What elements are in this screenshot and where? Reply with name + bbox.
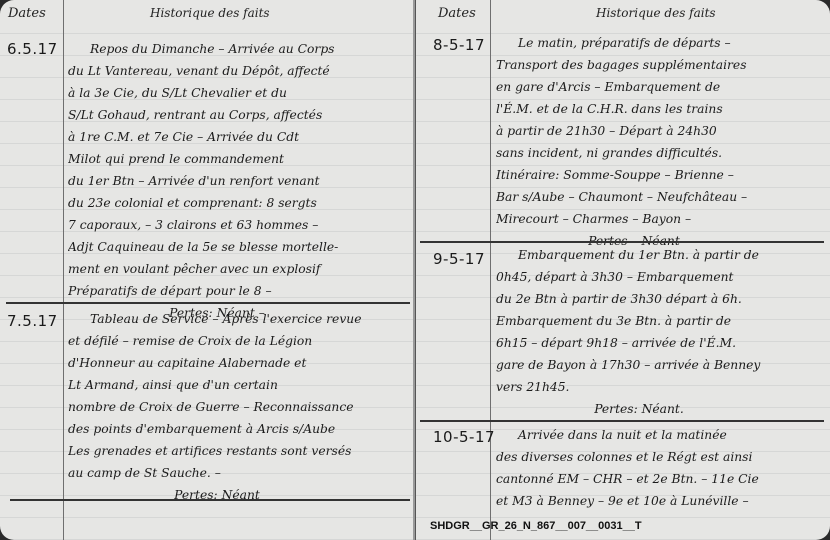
right-page: Dates Historique des faits 8-5-17 Le mat…	[416, 0, 830, 540]
entry-line: Bar s/Aube – Chaumont – Neufchâteau –	[496, 186, 822, 208]
entry-text: Tableau de Service – Après l'exercice re…	[68, 308, 406, 506]
entry-signature: Pertes: Néant	[68, 484, 406, 506]
history-header: Historique des faits	[596, 6, 716, 20]
dates-header: Dates	[8, 6, 46, 21]
entry-line: 0h45, départ à 3h30 – Embarquement	[496, 266, 822, 288]
archive-reference: SHDGR__GR_26_N_867__007__0031__T	[430, 520, 642, 532]
entry-text: Repos du Dimanche – Arrivée au Corpsdu L…	[68, 38, 406, 324]
entry-line: gare de Bayon à 17h30 – arrivée à Benney	[496, 354, 822, 376]
entry-line: Les grenades et artifices restants sont …	[68, 440, 406, 462]
entry-line: du 1er Btn – Arrivée d'un renfort venant	[68, 170, 406, 192]
entry-line: et M3 à Benney – 9e et 10e à Lunéville –	[496, 490, 822, 512]
entry-line: Tableau de Service – Après l'exercice re…	[68, 308, 406, 330]
entry-text: Le matin, préparatifs de départs –Transp…	[496, 32, 822, 252]
history-header: Historique des faits	[150, 6, 270, 20]
entry-line: du 23e colonial et comprenant: 8 sergts	[68, 192, 406, 214]
entry-line: Milot qui prend le commandement	[68, 148, 406, 170]
entry-line: Embarquement du 1er Btn. à partir de	[496, 244, 822, 266]
entry-line: des points d'embarquement à Arcis s/Aube	[68, 418, 406, 440]
entry-line: cantonné EM – CHR – et 2e Btn. – 11e Cie	[496, 468, 822, 490]
entry-line: du Lt Vantereau, venant du Dépôt, affect…	[68, 60, 406, 82]
entry-line: Arrivée dans la nuit et la matinée	[496, 424, 822, 446]
entry-separator	[10, 499, 410, 501]
entry-line: Transport des bagages supplémentaires	[496, 54, 822, 76]
entry-date: 10-5-17	[433, 428, 495, 446]
entry-line: Itinéraire: Somme-Souppe – Brienne –	[496, 164, 822, 186]
entry-line: 6h15 – départ 9h18 – arrivée de l'É.M.	[496, 332, 822, 354]
entry-separator	[420, 420, 824, 422]
entry-date: 7.5.17	[7, 312, 58, 330]
entry-date: 9-5-17	[433, 250, 485, 268]
entry-line: ment en voulant pêcher avec un explosif	[68, 258, 406, 280]
entry-line: Le matin, préparatifs de départs –	[496, 32, 822, 54]
entry-line: 7 caporaux, – 3 clairons et 63 hommes –	[68, 214, 406, 236]
entry-line: à 1re C.M. et 7e Cie – Arrivée du Cdt	[68, 126, 406, 148]
entry-line: S/Lt Gohaud, rentrant au Corps, affectés	[68, 104, 406, 126]
entry-date: 6.5.17	[7, 40, 58, 58]
left-page: Dates Historique des faits 6.5.17 Repos …	[0, 0, 414, 540]
entry-line: du 2e Btn à partir de 3h30 départ à 6h.	[496, 288, 822, 310]
entry-line: Mirecourt – Charmes – Bayon –	[496, 208, 822, 230]
entry-line: Lt Armand, ainsi que d'un certain	[68, 374, 406, 396]
entry-line: Préparatifs de départ pour le 8 –	[68, 280, 406, 302]
entry-separator	[420, 241, 824, 243]
entry-line: et défilé – remise de Croix de la Légion	[68, 330, 406, 352]
entry-line: sans incident, ni grandes difficultés.	[496, 142, 822, 164]
dates-column-divider	[63, 0, 64, 540]
entry-line: nombre de Croix de Guerre – Reconnaissan…	[68, 396, 406, 418]
dates-header: Dates	[438, 6, 476, 21]
entry-line: d'Honneur au capitaine Alabernade et	[68, 352, 406, 374]
entry-date: 8-5-17	[433, 36, 485, 54]
entry-line: en gare d'Arcis – Embarquement de	[496, 76, 822, 98]
entry-line: des diverses colonnes et le Régt est ain…	[496, 446, 822, 468]
entry-text: Arrivée dans la nuit et la matinéedes di…	[496, 424, 822, 512]
entry-line: l'É.M. et de la C.H.R. dans les trains	[496, 98, 822, 120]
entry-line: Repos du Dimanche – Arrivée au Corps	[68, 38, 406, 60]
entry-signature: Pertes: Néant.	[496, 398, 822, 420]
entry-line: au camp de St Sauche. –	[68, 462, 406, 484]
entry-separator	[6, 302, 410, 304]
entry-line: Adjt Caquineau de la 5e se blesse mortel…	[68, 236, 406, 258]
entry-line: à partir de 21h30 – Départ à 24h30	[496, 120, 822, 142]
dates-column-divider	[490, 0, 491, 540]
entry-line: Embarquement du 3e Btn. à partir de	[496, 310, 822, 332]
entry-text: Embarquement du 1er Btn. à partir de0h45…	[496, 244, 822, 420]
entry-line: à la 3e Cie, du S/Lt Chevalier et du	[68, 82, 406, 104]
entry-line: vers 21h45.	[496, 376, 822, 398]
